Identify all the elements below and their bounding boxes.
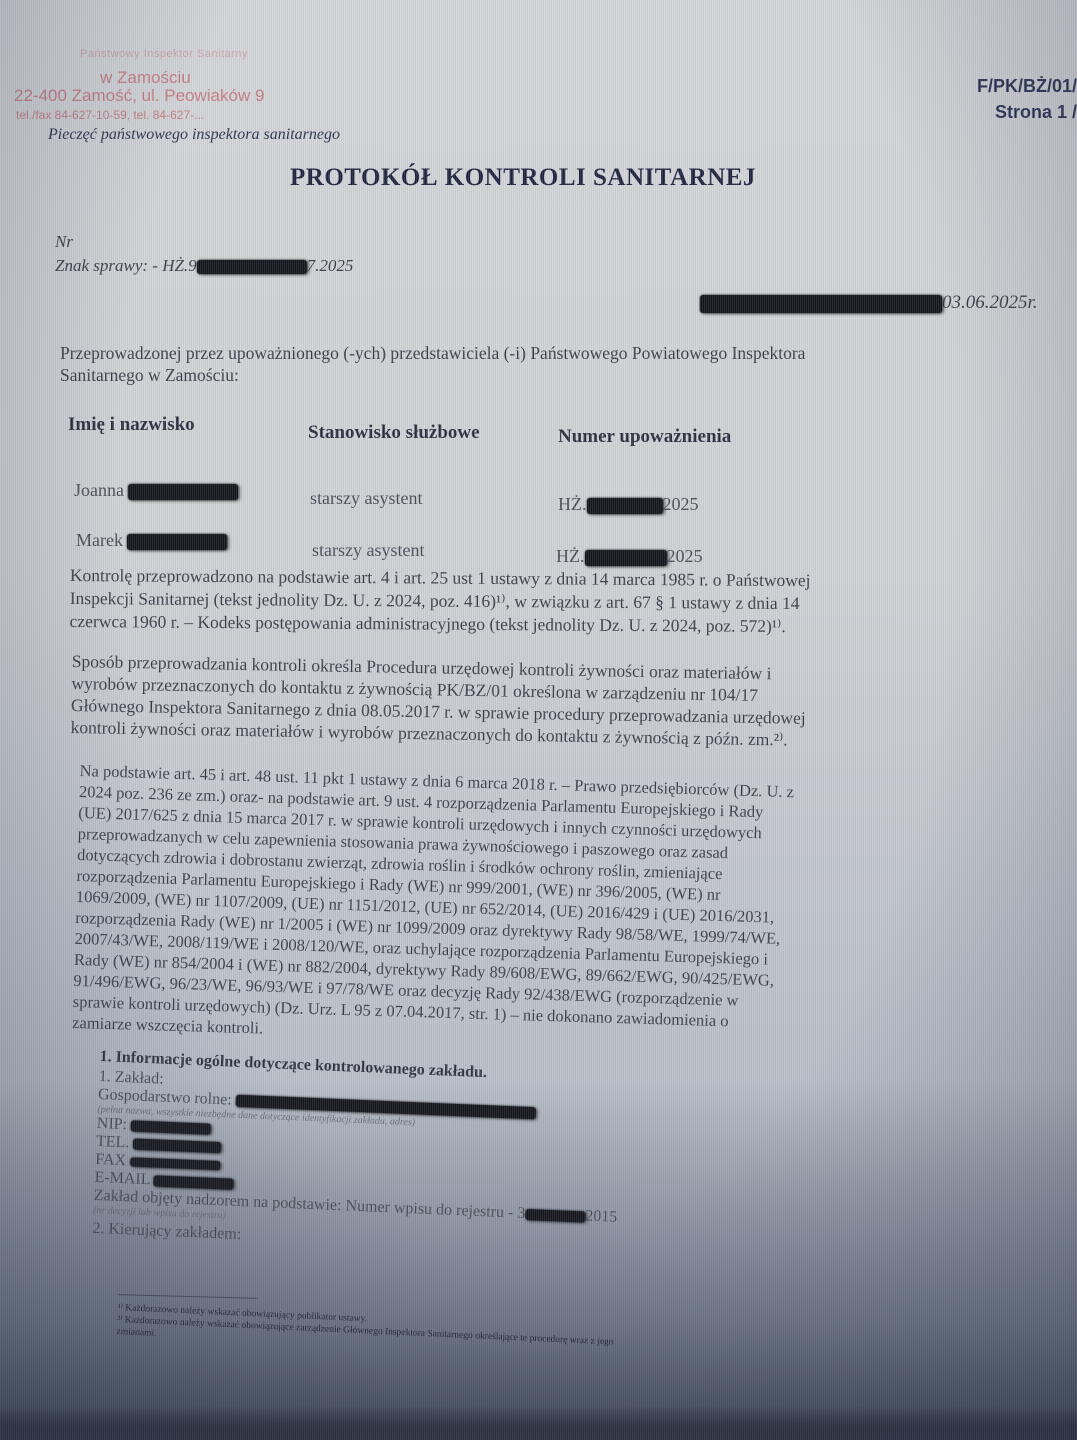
supervision-suffix: 2015 [585, 1207, 618, 1225]
redaction-mark [585, 550, 667, 566]
footnotes: ¹⁾ Każdorazowo należy wskazać obowiązują… [116, 1302, 614, 1361]
redaction-mark [130, 1157, 220, 1170]
form-code: F/PK/BŻ/01/ [977, 76, 1077, 97]
inspector-name: Joanna [74, 480, 238, 501]
redaction-mark [127, 534, 227, 550]
inspector-name: Marek [76, 530, 227, 551]
intro-text: Przeprowadzonej przez upoważnionego (-yc… [60, 342, 805, 386]
fax-label: FAX [95, 1151, 127, 1169]
inspector-first-name: Marek [76, 530, 123, 550]
inspector-first-name: Joanna [74, 480, 124, 500]
redaction-mark [154, 1175, 234, 1189]
redaction-mark [128, 484, 238, 500]
case-label: Znak sprawy: - HŻ.9 [55, 256, 197, 275]
intro-line-2: Sanitarnego w Zamościu: [60, 364, 805, 386]
case-reference: Znak sprawy: - HŻ.97.2025 [55, 256, 353, 276]
redaction-mark [525, 1209, 585, 1223]
inspector-authorization: HŻ.2025 [556, 546, 703, 567]
col-header-authorization: Numer upoważnienia [558, 426, 731, 448]
notification-paragraph: Na podstawie art. 45 i art. 48 ust. 11 p… [72, 760, 794, 1054]
monitor-bezel [0, 1406, 1077, 1440]
inspection-date: 03.06.2025r. [942, 292, 1038, 313]
procedure-paragraph: Sposób przeprowadzania kontroli określa … [70, 650, 806, 751]
redaction-mark [700, 295, 942, 313]
auth-prefix: HŻ. [558, 494, 587, 514]
legal-basis-paragraph: Kontrolę przeprowadzono na podstawie art… [70, 564, 811, 638]
nip-label: NIP: [96, 1115, 127, 1133]
stamp-line-city: w Zamościu [100, 68, 191, 88]
stamp-line-address: 22-400 Zamość, ul. Peowiaków 9 [14, 86, 264, 106]
tel-label: TEL. [96, 1133, 130, 1151]
col-header-position: Stanowisko służbowe [308, 422, 480, 444]
redaction-mark [587, 498, 663, 514]
auth-prefix: HŻ. [556, 546, 585, 566]
protocol-number-label: Nr [55, 232, 73, 252]
redaction-mark [133, 1138, 221, 1153]
document-title: PROTOKÓŁ KONTROLI SANITARNEJ [290, 164, 756, 192]
stamp-line-authority: Państwowy Inspektor Sanitarny [80, 48, 248, 60]
inspector-position: starszy asystent [310, 488, 422, 509]
legal-basis-line: czerwca 1960 r. – Kodeks postępowania ad… [70, 610, 811, 638]
date-line: 03.06.2025r. [700, 292, 1038, 314]
section-1: 1. Informacje ogólne dotyczące kontrolow… [92, 1048, 623, 1260]
email-label: E-MAIL [94, 1169, 150, 1188]
redaction-mark [131, 1120, 211, 1134]
seal-caption: Pieczęć państwowego inspektora sanitarne… [48, 126, 340, 144]
stamp-line-phone: tel./fax 84-627-10-59, tel. 84-627-... [16, 108, 204, 122]
col-header-name: Imię i nazwisko [68, 414, 195, 436]
auth-suffix: 2025 [667, 546, 703, 566]
redaction-mark [197, 260, 307, 274]
inspector-authorization: HŻ.2025 [558, 494, 699, 515]
footnote-divider [118, 1294, 258, 1299]
page-number: Strona 1 / [995, 102, 1077, 123]
intro-line-1: Przeprowadzonej przez upoważnionego (-yc… [60, 342, 805, 364]
case-suffix: 7.2025 [307, 256, 354, 275]
inspector-position: starszy asystent [312, 540, 424, 561]
auth-suffix: 2025 [663, 494, 699, 514]
